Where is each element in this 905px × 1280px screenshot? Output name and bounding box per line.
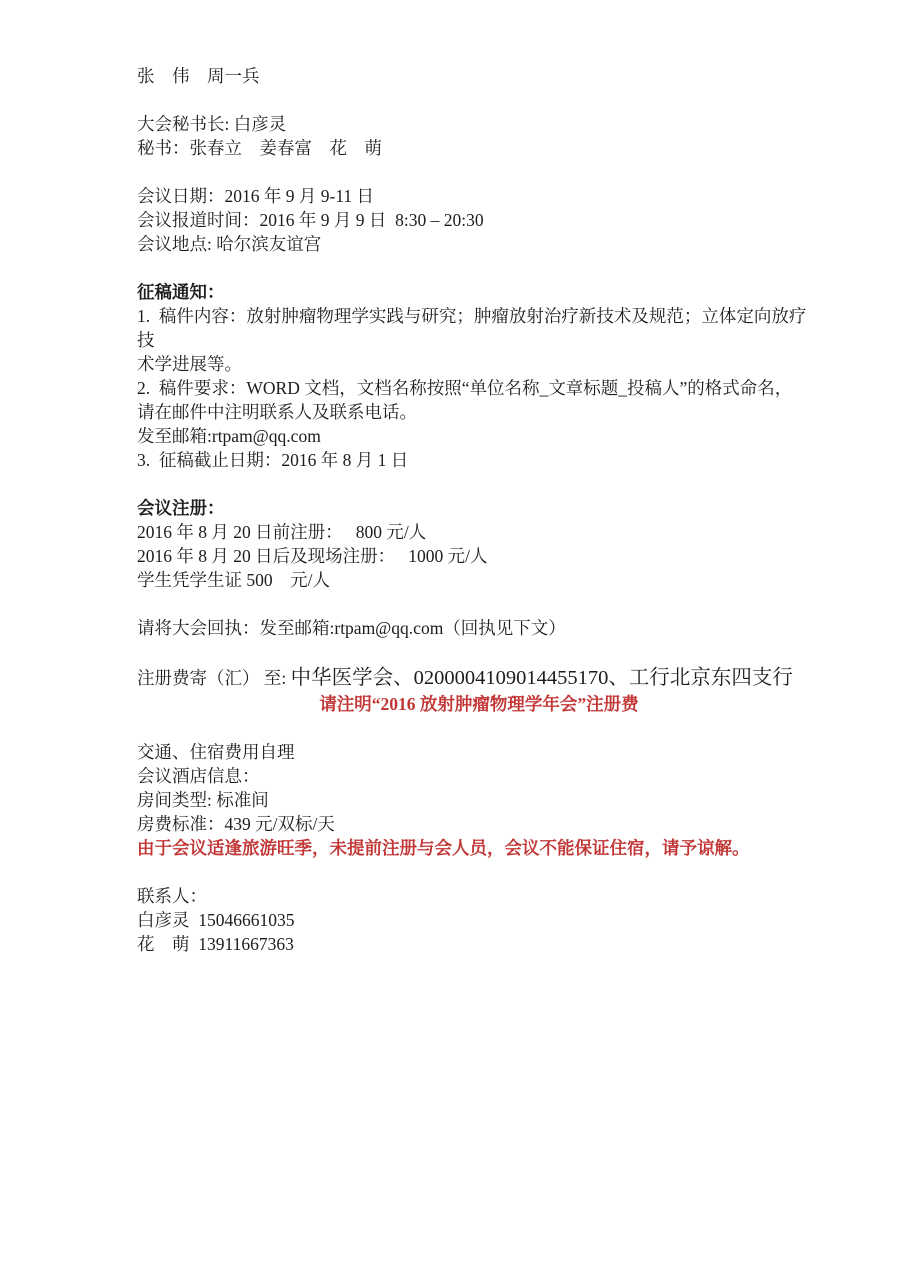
spacer <box>137 640 821 664</box>
registration-early-line: 2016 年 8 月 20 日前注册： 800 元/人 <box>137 520 821 544</box>
secretary-general-line: 大会秘书长: 白彦灵 <box>137 112 821 136</box>
payment-prefix: 注册费寄（汇） 至: <box>137 668 291 688</box>
secretaries-line: 秘书：张春立 姜春富 花 萌 <box>137 136 821 160</box>
cfp-item2-line1: 2. 稿件要求：WORD 文档，文档名称按照“单位名称_文章标题_投稿人”的格式… <box>137 376 821 400</box>
spacer <box>137 592 821 616</box>
cfp-item2-line2: 请在邮件中注明联系人及联系电话。 <box>137 400 821 424</box>
room-type-line: 房间类型: 标准间 <box>137 788 821 812</box>
spacer <box>137 256 821 280</box>
spacer <box>137 716 821 740</box>
hotel-warning-line: 由于会议适逢旅游旺季，未提前注册与会人员，会议不能保证住宿，请予谅解。 <box>137 836 821 860</box>
registration-student-line: 学生凭学生证 500 元/人 <box>137 568 821 592</box>
contact1-line: 白彦灵 15046661035 <box>137 908 821 932</box>
meeting-date-line: 会议日期：2016 年 9 月 9-11 日 <box>137 184 821 208</box>
spacer <box>137 88 821 112</box>
spacer <box>137 472 821 496</box>
payment-account: 中华医学会、0200004109014455170、工行北京东四支行 <box>291 667 793 689</box>
call-for-papers-heading: 征稿通知： <box>137 280 821 304</box>
cfp-email-line: 发至邮箱:rtpam@qq.com <box>137 424 821 448</box>
cfp-item1-line1: 1. 稿件内容：放射肿瘤物理学实践与研究；肿瘤放射治疗新技术及规范；立体定向放疗… <box>137 304 821 352</box>
cfp-item1-line2: 术学进展等。 <box>137 352 821 376</box>
meeting-venue-line: 会议地点: 哈尔滨友谊宫 <box>137 232 821 256</box>
self-pay-line: 交通、住宿费用自理 <box>137 740 821 764</box>
receipt-line: 请将大会回执：发至邮箱:rtpam@qq.com（回执见下文） <box>137 616 821 640</box>
room-rate-line: 房费标准：439 元/双标/天 <box>137 812 821 836</box>
organizers-line: 张 伟 周一兵 <box>137 64 821 88</box>
payment-note: 请注明“2016 放射肿瘤物理学年会”注册费 <box>137 692 821 716</box>
meeting-checkin-line: 会议报道时间：2016 年 9 月 9 日 8:30 – 20:30 <box>137 208 821 232</box>
registration-heading: 会议注册： <box>137 496 821 520</box>
registration-late-line: 2016 年 8 月 20 日后及现场注册： 1000 元/人 <box>137 544 821 568</box>
contacts-heading: 联系人： <box>137 884 821 908</box>
contact2-line: 花 萌 13911667363 <box>137 932 821 956</box>
payment-line: 注册费寄（汇） 至: 中华医学会、0200004109014455170、工行北… <box>137 664 821 692</box>
cfp-item3-line: 3. 征稿截止日期：2016 年 8 月 1 日 <box>137 448 821 472</box>
document-page: 张 伟 周一兵 大会秘书长: 白彦灵 秘书：张春立 姜春富 花 萌 会议日期：2… <box>0 0 905 1280</box>
spacer <box>137 860 821 884</box>
hotel-info-line: 会议酒店信息： <box>137 764 821 788</box>
spacer <box>137 160 821 184</box>
